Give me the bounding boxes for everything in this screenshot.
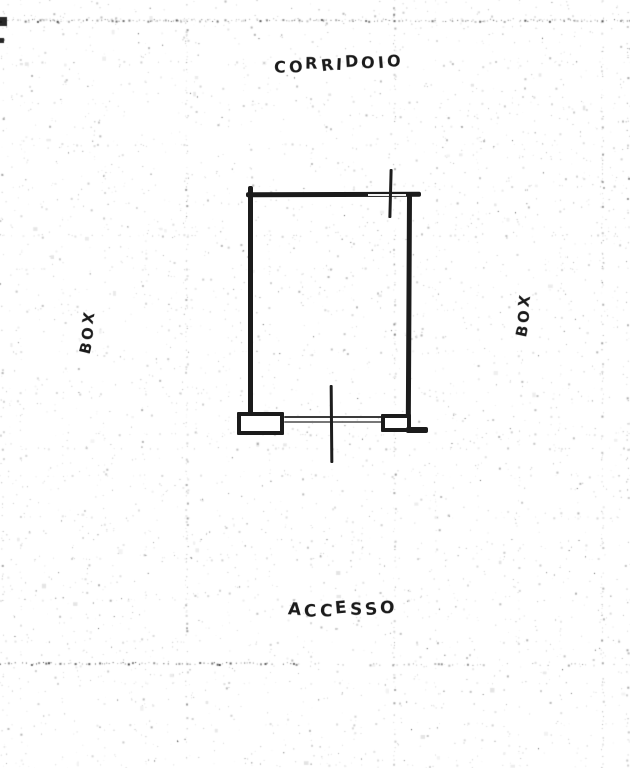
floor-plan-drawing <box>0 0 630 768</box>
label-accesso: ACCESSO <box>288 599 398 621</box>
door-leaf-line-lower <box>284 421 383 423</box>
door-jamb-left <box>237 412 284 435</box>
measurement-tick-top <box>388 169 392 218</box>
label-corridoio: CORRIDOIO <box>274 52 404 74</box>
wall-left <box>248 186 253 416</box>
door-leaf-line-upper <box>284 416 383 418</box>
scanned-floor-plan-page: CORRIDOIO BOX BOX ACCESSO <box>0 0 630 768</box>
wall-right <box>406 195 412 432</box>
door-centerline-tick <box>330 385 334 463</box>
wall-top-double-line <box>368 194 406 196</box>
wall-foot-right <box>406 427 428 433</box>
